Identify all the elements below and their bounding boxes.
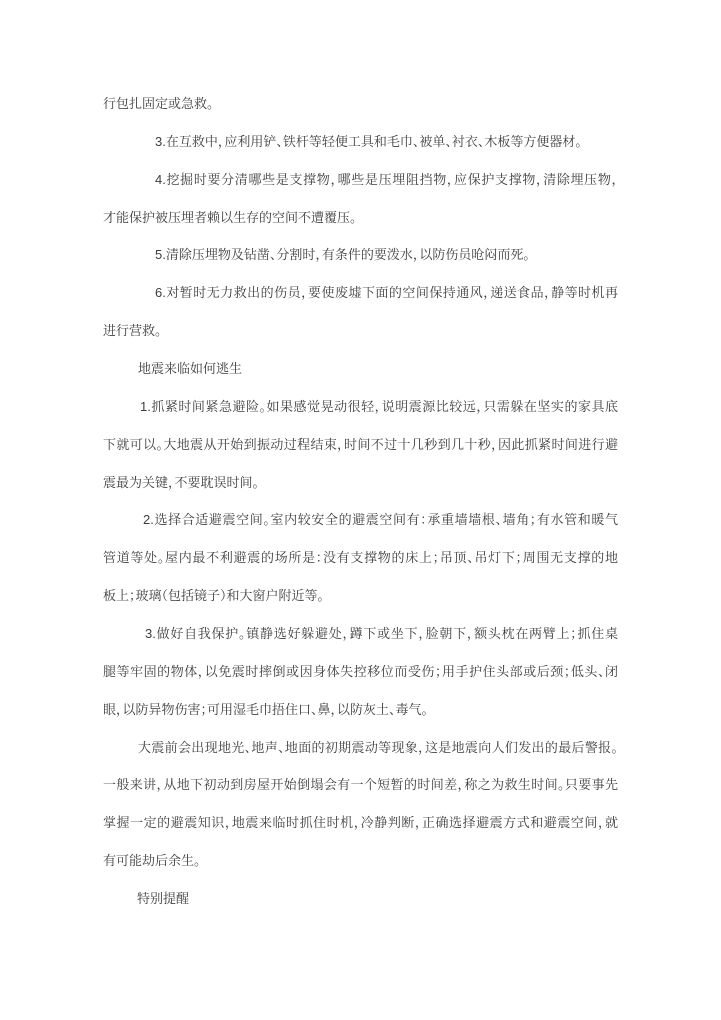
- text-line: 大震前会出现地光、地声、地面的初期震动等现象，这是地震向人们发出的最后警报。: [103, 729, 618, 767]
- text-line: 地震来临如何逃生: [103, 350, 618, 388]
- text-line: 掌握一定的避震知识，地震来临时抓住时机，冷静判断，正确选择避震方式和避震空间，就: [103, 804, 618, 842]
- text-line: 管道等处。屋内最不利避震的场所是：没有支撑物的床上；吊顶、吊灯下；周围无支撑的地: [103, 539, 618, 577]
- text-line: 1.抓紧时间紧急避险。如果感觉晃动很轻，说明震源比较远，只需躲在坚实的家具底: [103, 388, 618, 426]
- text-line: 板上；玻璃（包括镜子）和大窗户附近等。: [103, 577, 618, 615]
- text-line: 有可能劫后余生。: [103, 842, 618, 880]
- text-line: 进行营救。: [103, 312, 618, 350]
- text-line: 4.挖掘时要分清哪些是支撑物，哪些是压埋阻挡物，应保护支撑物，清除埋压物，: [103, 161, 618, 199]
- text-line: 下就可以。大地震从开始到振动过程结束，时间不过十几秒到几十秒，因此抓紧时间进行避: [103, 426, 618, 464]
- text-line: 6.对暂时无力救出的伤员，要使废墟下面的空间保持通风，递送食品，静等时机再: [103, 274, 618, 312]
- document-page: 行包扎固定或急救。3.在互救中，应利用铲、铁杆等轻便工具和毛巾、被单、衬衣、木板…: [0, 0, 721, 1020]
- text-line: 3.在互救中，应利用铲、铁杆等轻便工具和毛巾、被单、衬衣、木板等方便器材。: [103, 123, 618, 161]
- text-line: 5.清除压埋物及钻凿、分割时，有条件的要泼水，以防伤员呛闷而死。: [103, 236, 618, 274]
- text-line: 特别提醒: [103, 880, 618, 918]
- text-line: 眼，以防异物伤害；可用湿毛巾捂住口、鼻，以防灰土、毒气。: [103, 691, 618, 729]
- text-line: 震最为关键，不要耽误时间。: [103, 464, 618, 502]
- text-line: 一般来讲，从地下初动到房屋开始倒塌会有一个短暂的时间差，称之为救生时间。只要事先: [103, 766, 618, 804]
- text-line: 行包扎固定或急救。: [103, 85, 618, 123]
- text-line: 腿等牢固的物体，以免震时摔倒或因身体失控移位而受伤；用手护住头部或后颈；低头、闭: [103, 653, 618, 691]
- article-body: 行包扎固定或急救。3.在互救中，应利用铲、铁杆等轻便工具和毛巾、被单、衬衣、木板…: [103, 85, 618, 918]
- text-line: 2.选择合适避震空间。室内较安全的避震空间有：承重墙墙根、墙角；有水管和暖气: [103, 501, 618, 539]
- text-line: 才能保护被压埋者赖以生存的空间不遭覆压。: [103, 199, 618, 237]
- text-line: 3.做好自我保护。镇静选好躲避处，蹲下或坐下，脸朝下，额头枕在两臂上；抓住桌: [103, 615, 618, 653]
